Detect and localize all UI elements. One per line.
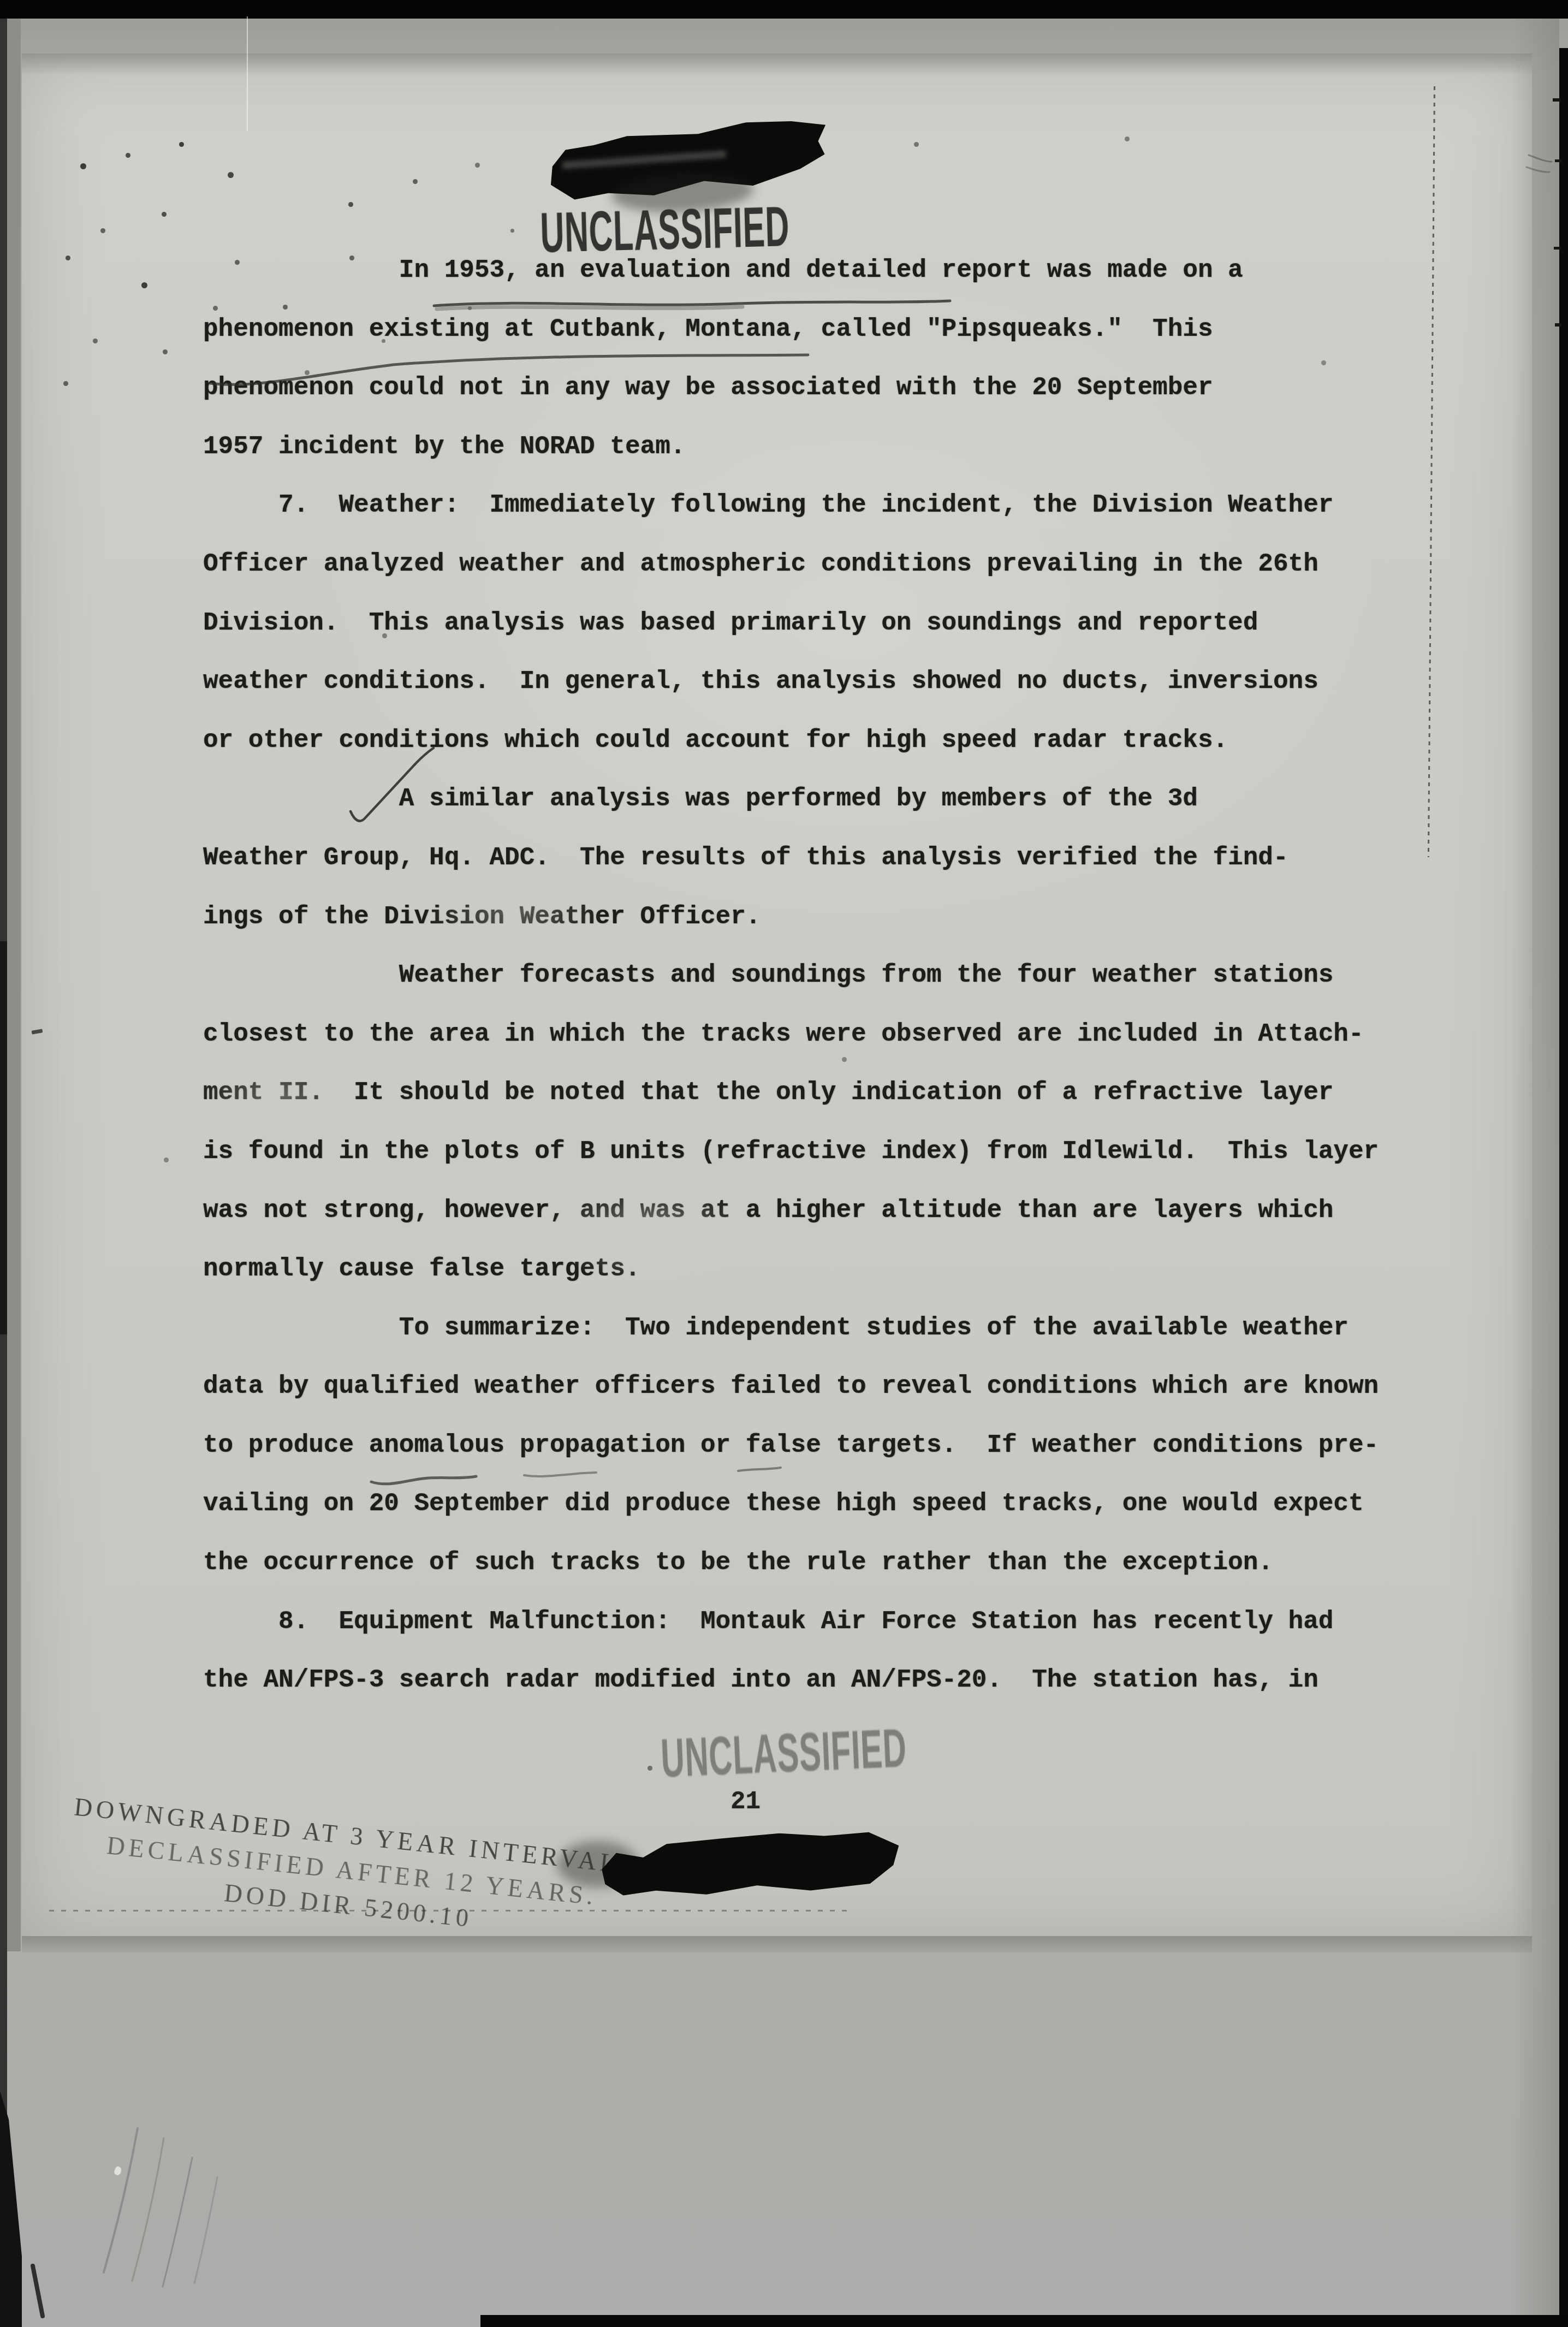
- page-number: 21: [730, 1785, 761, 1818]
- text-line: data by qualified weather officers faile…: [203, 1357, 1379, 1416]
- scan-scratch-artifact: [247, 16, 248, 131]
- right-edge-tick: [1555, 159, 1561, 162]
- right-edge-tick: [1555, 323, 1561, 327]
- text-line: was not strong, however, and was at a hi…: [203, 1182, 1379, 1240]
- scan-edge-bottom: [480, 2315, 1568, 2327]
- text-line: ment II. It should be noted that the onl…: [203, 1064, 1379, 1123]
- right-edge-tick: [1554, 247, 1561, 250]
- text-line: 1957 incident by the NORAD team.: [203, 418, 1379, 477]
- text-line: To summarize: Two independent studies of…: [203, 1299, 1379, 1358]
- text-line: phenomenon could not in any way be assoc…: [203, 359, 1379, 418]
- dust-speckles: [0, 0, 3, 3]
- scan-edge-left-gray: [7, 19, 21, 1951]
- text-line: ings of the Division Weather Officer.: [203, 888, 1379, 947]
- text-line: closest to the area in which the tracks …: [203, 1005, 1379, 1064]
- text-line: weather conditions. In general, this ana…: [203, 652, 1379, 711]
- text-line: Weather forecasts and soundings from the…: [203, 946, 1379, 1005]
- text-line: Division. This analysis was based primar…: [203, 594, 1379, 653]
- scan-edge-right: [1559, 48, 1568, 2327]
- text-line: vailing on 20 September did produce thes…: [203, 1475, 1379, 1534]
- text-line: the AN/FPS-3 search radar modified into …: [203, 1651, 1379, 1710]
- right-edge-tick: [1553, 98, 1560, 102]
- text-line: normally cause false targets.: [203, 1240, 1379, 1299]
- scanned-document-page: UNCLASSIFIED UNCLASSIFIED In 1953, an ev…: [0, 0, 1568, 2327]
- text-line: or other conditions which could account …: [203, 711, 1379, 770]
- unclassified-stamp-bottom: UNCLASSIFIED: [660, 1717, 908, 1790]
- text-line: the occurrence of such tracks to be the …: [203, 1534, 1379, 1593]
- text-line: to produce anomalous propagation or fals…: [203, 1416, 1379, 1475]
- text-line: 8. Equipment Malfunction: Montauk Air Fo…: [203, 1593, 1379, 1652]
- scan-edge-left-dark: [0, 19, 7, 2327]
- document-body: In 1953, an evaluation and detailed repo…: [203, 241, 1379, 1710]
- text-line: A similar analysis was performed by memb…: [203, 770, 1379, 829]
- text-line: In 1953, an evaluation and detailed repo…: [203, 241, 1379, 300]
- text-line: Weather Group, Hq. ADC. The results of t…: [203, 829, 1379, 888]
- text-line: phenomenon existing at Cutbank, Montana,…: [203, 300, 1379, 359]
- paper-bottom-edge: [22, 1936, 1532, 1952]
- text-line: 7. Weather: Immediately following the in…: [203, 476, 1379, 535]
- text-line: is found in the plots of B units (refrac…: [203, 1123, 1379, 1182]
- paper-top-crease: [22, 54, 1532, 75]
- text-line: Officer analyzed weather and atmospheric…: [203, 535, 1379, 594]
- paper-right-shadow: [1511, 19, 1559, 2327]
- scanner-edge-top: [0, 0, 1568, 19]
